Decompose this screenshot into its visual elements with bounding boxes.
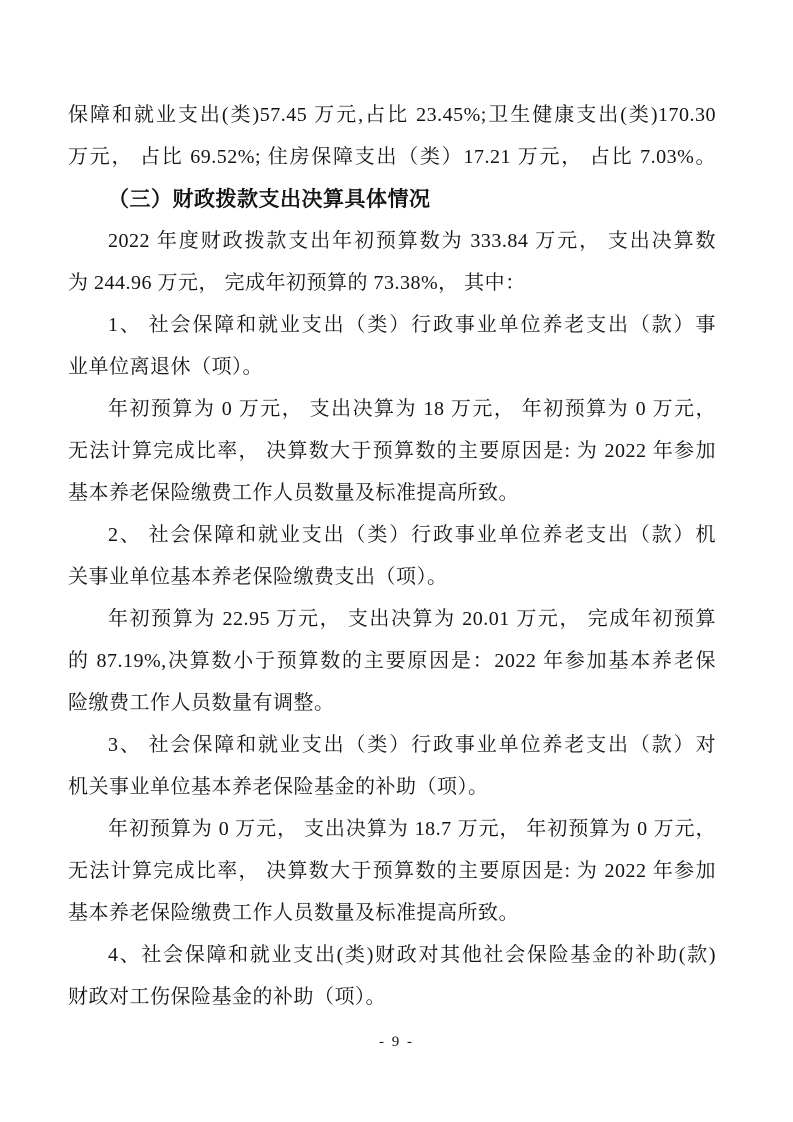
doc-line: 无法计算完成比率， 决算数大于预算数的主要原因是: 为 2022 年参加 [68,850,716,892]
doc-line: 年初预算为 0 万元， 支出决算为 18.7 万元， 年初预算为 0 万元， [68,808,716,850]
doc-line: 3、 社会保障和就业支出（类）行政事业单位养老支出（款）对 [68,724,716,766]
section-heading: （三）财政拨款支出决算具体情况 [68,178,716,220]
page-number: - 9 - [0,1034,793,1051]
doc-line: 为 244.96 万元， 完成年初预算的 73.38%， 其中： [68,262,716,304]
document-page: 保障和就业支出(类)57.45 万元,占比 23.45%;卫生健康支出(类)17… [0,0,793,1122]
doc-line: 年初预算为 22.95 万元， 支出决算为 20.01 万元， 完成年初预算 [68,598,716,640]
document-body: 保障和就业支出(类)57.45 万元,占比 23.45%;卫生健康支出(类)17… [68,94,716,1018]
doc-line: 无法计算完成比率， 决算数大于预算数的主要原因是: 为 2022 年参加 [68,430,716,472]
doc-line: 基本养老保险缴费工作人员数量及标准提高所致。 [68,472,716,514]
doc-line: 险缴费工作人员数量有调整。 [68,682,716,724]
doc-line: 年初预算为 0 万元， 支出决算为 18 万元， 年初预算为 0 万元， [68,388,716,430]
doc-line: 基本养老保险缴费工作人员数量及标准提高所致。 [68,892,716,934]
doc-line: 2、 社会保障和就业支出（类）行政事业单位养老支出（款）机 [68,514,716,556]
doc-line: 的 87.19%,决算数小于预算数的主要原因是：2022 年参加基本养老保 [68,640,716,682]
doc-line: 业单位离退休（项）。 [68,346,716,388]
doc-line: 财政对工伤保险基金的补助（项）。 [68,976,716,1018]
doc-line: 关事业单位基本养老保险缴费支出（项）。 [68,556,716,598]
doc-line: 1、 社会保障和就业支出（类）行政事业单位养老支出（款）事 [68,304,716,346]
doc-line: 机关事业单位基本养老保险基金的补助（项）。 [68,766,716,808]
doc-line: 2022 年度财政拨款支出年初预算数为 333.84 万元， 支出决算数 [68,220,716,262]
doc-line: 保障和就业支出(类)57.45 万元,占比 23.45%;卫生健康支出(类)17… [68,94,716,136]
doc-line: 万元， 占比 69.52%; 住房保障支出（类）17.21 万元， 占比 7.0… [68,136,716,178]
doc-line: 4、社会保障和就业支出(类)财政对其他社会保险基金的补助(款) [68,934,716,976]
